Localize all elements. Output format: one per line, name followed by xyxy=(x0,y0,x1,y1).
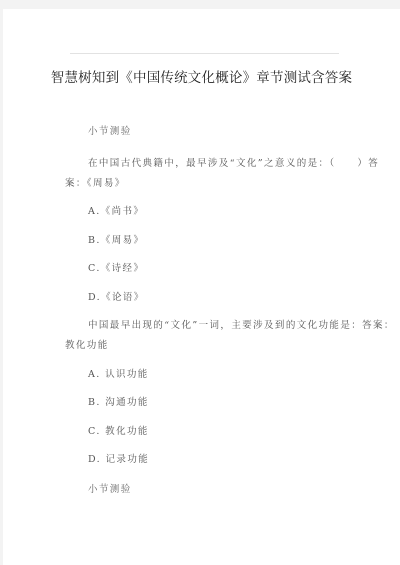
question-2-answer: 教化功能 xyxy=(65,337,109,351)
question-1-answer: 案：《周易》 xyxy=(65,175,126,189)
header-divider xyxy=(70,53,339,54)
question-1-option-a: A.《尚书》 xyxy=(88,203,144,217)
document-title: 智慧树知到《中国传统文化概论》章节测试含答案 xyxy=(3,66,400,86)
document-page: 智慧树知到《中国传统文化概论》章节测试含答案 小节测验 在中国古代典籍中，最早涉… xyxy=(3,9,400,565)
section-heading: 小节测验 xyxy=(88,481,132,495)
question-2-option-c: C. 教化功能 xyxy=(88,423,149,437)
section-heading: 小节测验 xyxy=(88,123,132,137)
question-1-option-c: C.《诗经》 xyxy=(88,260,144,274)
question-2-option-d: D. 记录功能 xyxy=(88,451,149,465)
question-2-text: 中国最早出现的“文化”一词，主要涉及到的文化功能是：答案： xyxy=(88,317,395,331)
question-1-option-d: D.《论语》 xyxy=(88,289,145,303)
question-1-option-b: B.《周易》 xyxy=(88,232,144,246)
question-2-option-a: A. 认识功能 xyxy=(88,366,149,380)
question-2-option-b: B. 沟通功能 xyxy=(88,394,149,408)
question-1-text: 在中国古代典籍中，最早涉及“文化”之意义的是：（ ）答 xyxy=(88,155,379,169)
